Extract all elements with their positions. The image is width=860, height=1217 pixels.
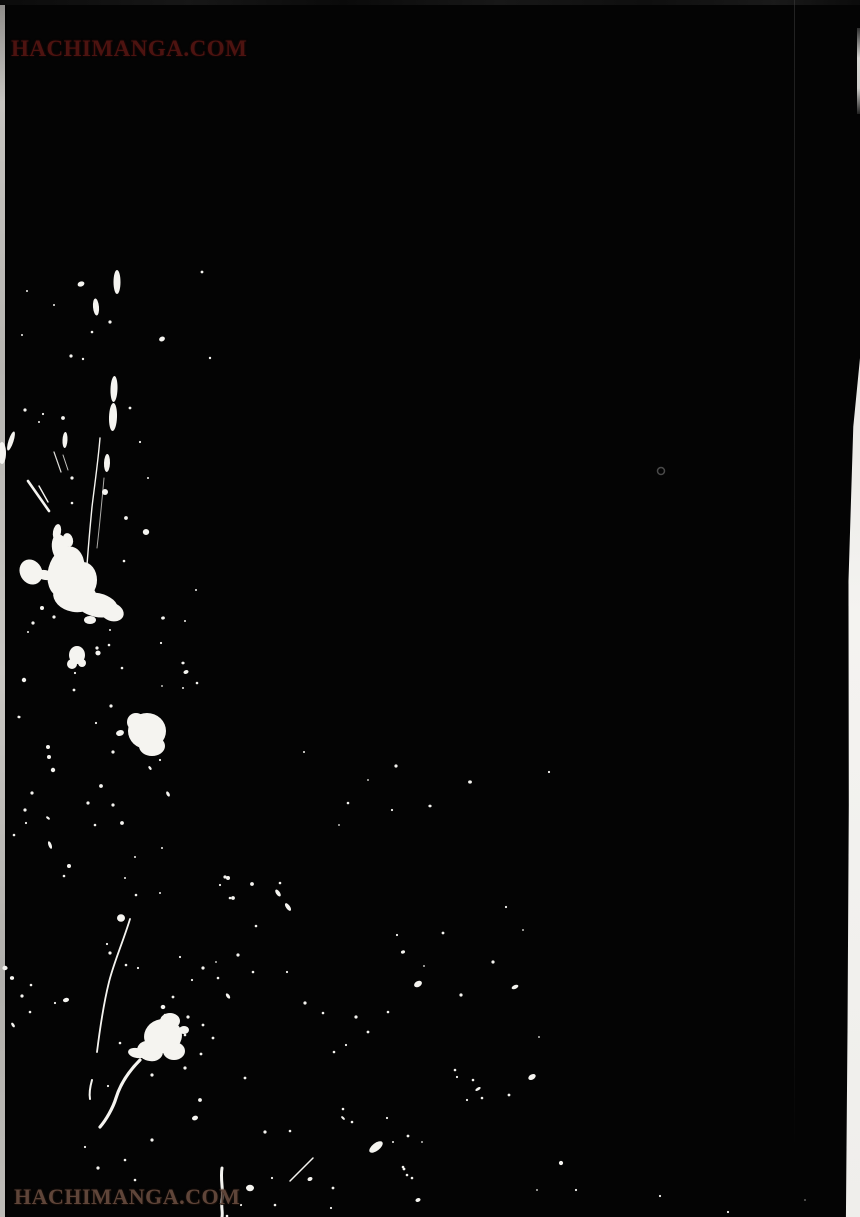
splatter-dot: [367, 779, 369, 781]
splatter-dot: [161, 847, 163, 849]
splatter-dot: [274, 889, 282, 898]
splatter-dot: [61, 416, 65, 420]
splatter-dot: [183, 1066, 186, 1069]
splatter-dot: [508, 1094, 511, 1097]
splatter-dot: [108, 951, 111, 954]
splatter-dot: [333, 1051, 336, 1054]
splatter-dot: [252, 971, 255, 974]
splatter-dot: [158, 336, 165, 343]
splatter-dot: [125, 964, 128, 967]
splatter-dot: [454, 1069, 457, 1072]
splatter-dot: [413, 979, 423, 988]
gray-ring-speck: [658, 468, 665, 475]
splatter-dot: [159, 759, 161, 761]
splatter-dot: [143, 529, 149, 535]
splatter-dot: [289, 1130, 292, 1133]
splatter-dot: [392, 1141, 394, 1143]
splatter-dot: [123, 560, 126, 563]
splatter-dot: [559, 1161, 563, 1165]
splatter-dot: [147, 477, 149, 479]
splatter-dot: [386, 1117, 388, 1119]
splatter-dot: [396, 934, 398, 936]
splatter-dot: [124, 1159, 127, 1162]
splatter-dot: [62, 432, 68, 448]
splatter-dot: [219, 884, 221, 886]
splatter-dot: [403, 1168, 406, 1171]
splatter-dot: [511, 984, 519, 990]
splatter-dot: [52, 615, 55, 618]
splatter-dot: [20, 994, 23, 997]
splatter-dot: [475, 1086, 482, 1092]
splatter-dot: [307, 1176, 313, 1182]
splatter-dot: [71, 502, 74, 505]
splatter-dot: [202, 1024, 205, 1027]
splatter-dot: [23, 408, 26, 411]
splatter-dot: [111, 750, 114, 753]
splatter-dot: [284, 902, 292, 912]
splatter-dot: [347, 802, 350, 805]
splatter-dot: [421, 1141, 423, 1143]
splatter-dot: [108, 320, 111, 323]
splatter-dot: [406, 1174, 409, 1177]
splatter-dot: [26, 290, 28, 292]
splatter-blob-bottom-splash: [179, 1026, 189, 1034]
splatter-dot: [804, 1199, 806, 1201]
splatter-dot: [62, 997, 69, 1003]
splatter-dot: [124, 516, 128, 520]
splatter-dot: [31, 621, 34, 624]
splatter-blob-small-drop: [78, 659, 86, 667]
splatter-dot: [491, 960, 494, 963]
splatter-dot: [727, 1211, 729, 1213]
splatter-dot: [107, 1085, 109, 1087]
splatter-dot: [102, 489, 108, 495]
splatter-dot: [186, 1015, 189, 1018]
splatter-dot: [215, 961, 217, 963]
splatter-dot: [195, 589, 197, 591]
splatter-dot: [407, 1135, 410, 1138]
splatter-dot: [303, 1001, 306, 1004]
splatter-streak: [97, 478, 104, 548]
splatter-dot: [400, 950, 405, 954]
splatter-dot: [99, 784, 103, 788]
splatter-dot: [29, 1011, 32, 1014]
splatter-dot: [231, 896, 235, 900]
splatter-dot: [164, 1014, 167, 1017]
splatter-streak: [28, 481, 49, 511]
splatter-dot: [338, 824, 340, 826]
splatter-dot: [244, 1077, 247, 1080]
splatter-dot: [27, 631, 29, 633]
manga-page-scan: HACHIMANGA.COM HACHIMANGA.COM: [0, 0, 860, 1217]
splatter-dot: [394, 764, 397, 767]
splatter-dot: [411, 1177, 414, 1180]
splatter-dot: [22, 678, 26, 682]
splatter-dot: [17, 715, 21, 718]
splatter-dot: [345, 1044, 347, 1046]
splatter-dot: [201, 966, 204, 969]
splatter-dot: [21, 334, 23, 336]
splatter-dot: [109, 629, 111, 631]
splatter-dot: [40, 606, 44, 610]
splatter-dot: [527, 1073, 537, 1082]
splatter-dot: [196, 682, 199, 685]
splatter-dot: [120, 821, 124, 825]
splatter-dot: [198, 1098, 202, 1102]
splatter-dot: [322, 1012, 325, 1015]
splatter-dot: [82, 358, 84, 360]
splatter-dot: [274, 1204, 277, 1207]
splatter-dot: [25, 822, 27, 824]
splatter-dot: [536, 1189, 538, 1191]
splatter-dot: [46, 745, 50, 749]
splatter-dot: [212, 1037, 215, 1040]
splatter-dot: [70, 476, 73, 479]
watermark-bottom: HACHIMANGA.COM: [14, 1184, 240, 1210]
splatter-dot: [341, 1116, 346, 1121]
splatter-dot: [114, 270, 121, 294]
splatter-dot: [255, 925, 258, 928]
splatter-dot: [77, 280, 85, 287]
splatter-dot: [38, 421, 40, 423]
splatter-dot: [46, 816, 51, 821]
splatter-dot: [161, 685, 163, 687]
splatter-dot: [117, 914, 125, 922]
splatter-dot: [456, 1076, 458, 1078]
splatter-dot: [191, 1115, 198, 1121]
splatter-dot: [95, 651, 100, 656]
splatter-dot: [111, 803, 114, 806]
splatter-dot: [160, 642, 162, 644]
splatter-dot: [391, 809, 393, 811]
splatter-dot: [468, 780, 472, 783]
splatter-dot: [94, 824, 97, 827]
splatter-dot: [236, 953, 239, 956]
splatter-blob-main-splash: [84, 616, 96, 624]
splatter-dot: [459, 993, 462, 996]
splatter-dot: [119, 1042, 122, 1045]
splatter-streak: [97, 919, 130, 1052]
splatter-dot: [129, 407, 132, 410]
splatter-dot: [30, 791, 33, 794]
splatter-dot: [104, 454, 111, 472]
splatter-streak: [100, 1060, 140, 1127]
splatter-dot: [51, 768, 55, 772]
splatter-dot: [134, 1179, 137, 1182]
splatter-dot: [181, 662, 184, 665]
splatter-dot: [10, 976, 14, 980]
splatter-dot: [481, 1097, 484, 1100]
splatter-blob-bottom-splash: [163, 1042, 185, 1060]
splatter-dot: [106, 943, 108, 945]
splatter-dot: [575, 1189, 577, 1191]
splatter-dot: [428, 805, 431, 808]
splatter-dot: [223, 875, 226, 878]
splatter-blob-small-drop: [67, 659, 77, 669]
splatter-dot: [271, 1177, 273, 1179]
splatter-dot: [505, 906, 507, 908]
splatter-dot: [92, 298, 99, 315]
splatter-dot: [659, 1195, 661, 1197]
splatter-dot: [548, 771, 550, 773]
splatter-dot: [54, 1002, 56, 1004]
splatter-dot: [179, 956, 181, 958]
splatter-dot: [67, 864, 71, 868]
splatter-dot: [74, 672, 76, 674]
splatter-dot: [354, 1015, 357, 1018]
splatter-dot: [466, 1099, 468, 1101]
splatter-dot: [69, 354, 72, 357]
splatter-dot: [367, 1031, 370, 1034]
splatter-dot: [172, 996, 175, 999]
splatter-dot: [183, 669, 189, 674]
splatter-dot: [86, 801, 89, 804]
splatter-dot: [134, 856, 136, 858]
splatter-dot: [286, 971, 288, 973]
splatter-blob-round-blob: [139, 736, 165, 756]
splatter-dot: [161, 1005, 166, 1009]
splatter-dot: [351, 1121, 354, 1124]
splatter-streak: [63, 455, 68, 470]
splatter-dot: [139, 441, 141, 443]
splatter-dot: [342, 1108, 345, 1111]
splatter-dot: [91, 331, 94, 334]
splatter-dot: [182, 687, 184, 689]
splatter-dot: [387, 1011, 390, 1014]
splatter-dot: [30, 984, 33, 987]
splatter-dot: [184, 1034, 187, 1037]
splatter-dot: [165, 791, 170, 797]
splatter-dot: [423, 965, 425, 967]
paint-splatter-layer: [0, 0, 860, 1217]
splatter-dot: [415, 1197, 421, 1202]
splatter-dot: [250, 882, 254, 886]
splatter-dot: [209, 357, 211, 359]
splatter-dot: [472, 1079, 475, 1082]
splatter-dot: [137, 967, 139, 969]
splatter-streak: [54, 452, 61, 472]
splatter-dot: [217, 977, 220, 980]
splatter-dot: [200, 1053, 203, 1056]
splatter-blob-round-blob: [127, 713, 145, 731]
splatter-dot: [148, 766, 152, 771]
splatter-dot: [0, 442, 6, 464]
splatter-dot: [538, 1036, 540, 1038]
splatter-blob-bottom-splash: [160, 1013, 180, 1029]
splatter-dot: [161, 616, 165, 620]
splatter-dot: [11, 1022, 16, 1028]
splatter-dot: [279, 882, 282, 885]
splatter-dot: [95, 646, 98, 649]
splatter-dot: [184, 620, 186, 622]
splatter-streak: [90, 1080, 92, 1099]
splatter-dot: [95, 722, 97, 724]
splatter-dot: [330, 1207, 332, 1209]
splatter-dot: [229, 897, 232, 900]
splatter-dot: [303, 751, 305, 753]
splatter-dot: [47, 755, 51, 759]
splatter-dot: [42, 413, 44, 415]
splatter-dot: [23, 808, 26, 811]
splatter-dot: [124, 877, 126, 879]
splatter-dot: [53, 304, 55, 306]
splatter-dot: [225, 993, 231, 1000]
splatter-dot: [191, 979, 193, 981]
splatter-dot: [367, 1139, 384, 1155]
splatter-dot: [121, 667, 124, 670]
splatter-dot: [246, 1185, 254, 1191]
splatter-dot: [442, 932, 445, 935]
splatter-dot: [96, 1166, 99, 1169]
splatter-dot: [63, 875, 66, 878]
splatter-dot: [108, 644, 111, 647]
splatter-dot: [332, 1187, 335, 1190]
splatter-dot: [150, 1073, 153, 1076]
splatter-dot: [226, 876, 230, 880]
splatter-dot: [13, 834, 16, 837]
splatter-dot: [522, 929, 524, 931]
splatter-dot: [73, 689, 76, 692]
splatter-dot: [201, 271, 204, 274]
splatter-dot: [47, 841, 53, 850]
splatter-dot: [84, 1146, 86, 1148]
splatter-dot: [109, 704, 112, 707]
splatter-dot: [109, 403, 118, 431]
splatter-dot: [159, 892, 161, 894]
splatter-dot: [6, 431, 17, 452]
splatter-dot: [150, 1138, 153, 1141]
splatter-dot: [2, 966, 7, 970]
splatter-dot: [135, 894, 138, 897]
splatter-dot: [115, 729, 124, 737]
splatter-dot: [263, 1130, 266, 1133]
splatter-dot: [110, 376, 118, 402]
